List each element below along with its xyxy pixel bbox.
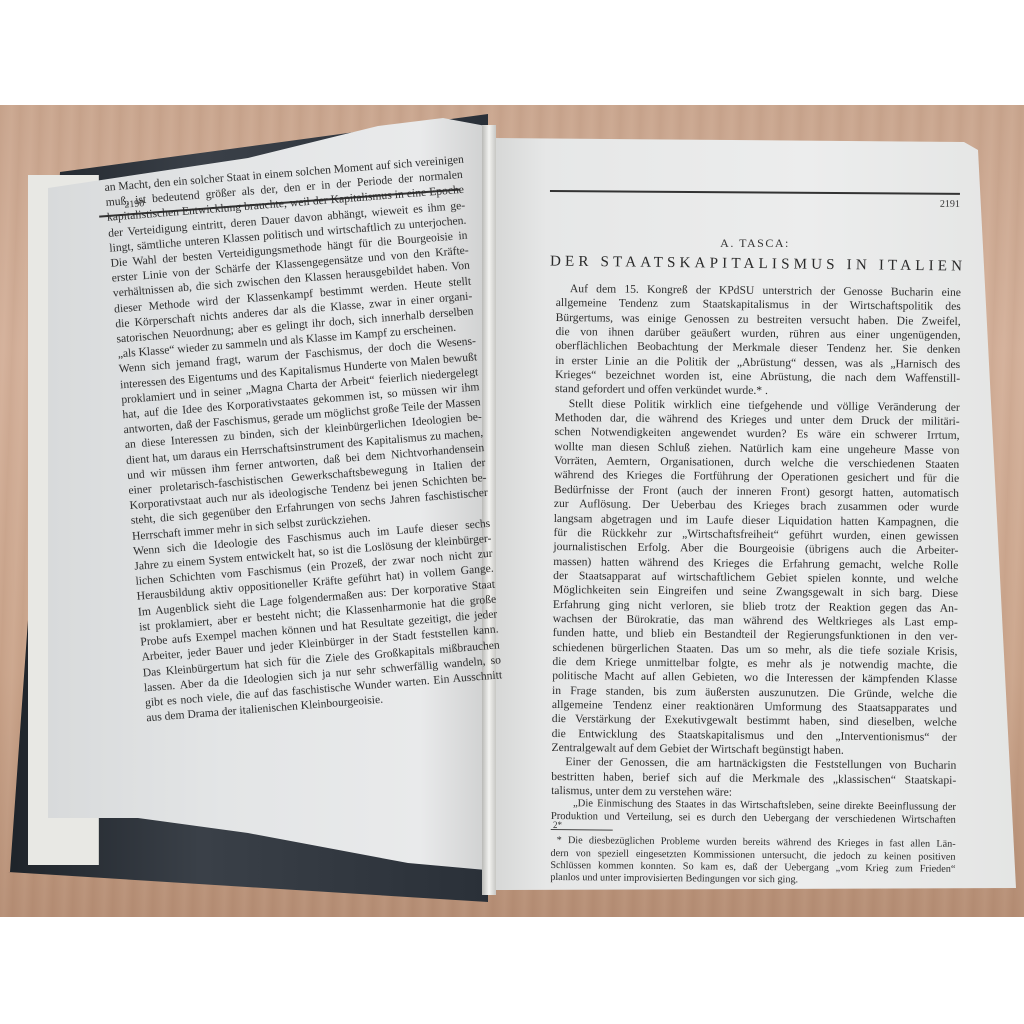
quote-line: Produktion und Verteilung, sei es durch … [551,811,956,827]
article-paragraphs: Auf dem 15. Kongreß der KPdSU unterstric… [551,282,961,802]
paragraph: Stellt diese Politik wirklich eine tiefg… [551,397,959,759]
article-author: A. TASCA: [550,236,960,251]
signature-mark: 2* [553,820,562,830]
paragraph: Auf dem 15. Kongreß der KPdSU unterstric… [555,282,961,401]
right-page-body: Auf dem 15. Kongreß der KPdSU unterstric… [550,282,961,888]
header-rule [550,190,960,194]
block-quote: „Die Einmischung des Staates in das Wirt… [551,798,956,827]
left-page-body: an Macht, den ein solcher Staat in einem… [104,152,504,726]
footnote: * Die diesbezüglichen Probleme wurden be… [550,835,955,888]
right-page-header: 2191 [550,186,960,219]
paragraph: Einer der Genossen, die am hartnäckigste… [551,755,956,802]
right-page-number: 2191 [940,199,960,210]
